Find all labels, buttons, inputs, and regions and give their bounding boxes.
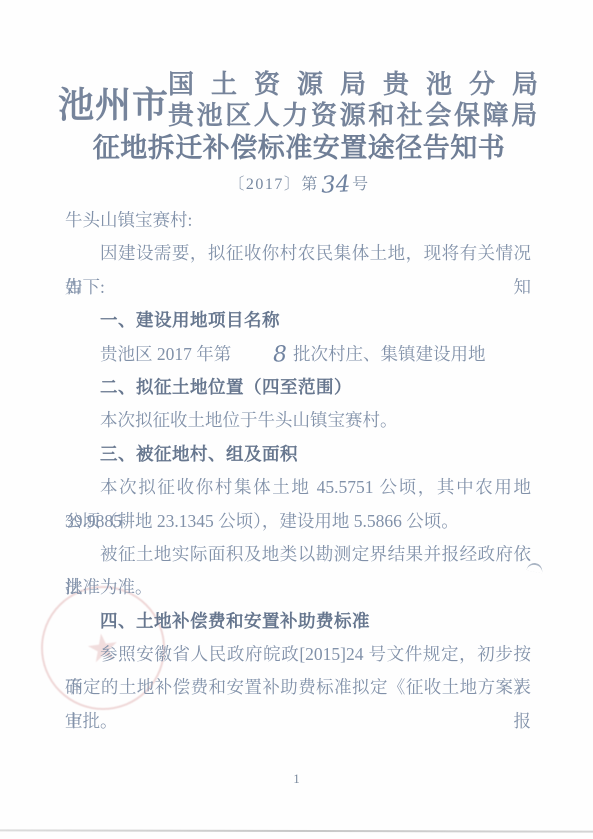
- section-3-heading: 三、被征地村、组及面积: [65, 438, 531, 471]
- document-number-suffix: 号: [352, 176, 370, 193]
- document-number-handwritten: 34: [319, 174, 353, 196]
- org-name-line1: 国土资源局贵池分局: [168, 69, 540, 100]
- org-name-city: 池州市: [58, 86, 169, 124]
- section-1-content: 贵池区 2017 年第 8 批次村庄、集镇建设用地: [65, 338, 531, 371]
- section-3-line-2: 公顷（耕地 23.1345 公顷），建设用地 5.5866 公顷。: [65, 505, 531, 538]
- salutation: 牛头山镇宝赛村:: [65, 204, 531, 237]
- section-3-line-4: 批准为准。: [65, 571, 531, 604]
- section-1-prefix: 贵池区 2017 年第: [100, 344, 231, 364]
- scanned-document-page: { "colors": { "ink_body": "#8191a9", "in…: [0, 0, 593, 839]
- intro-line-1: 因建设需要，拟征收你村农民集体土地，现将有关情况告知: [65, 237, 531, 270]
- document-body: 牛头山镇宝赛村: 因建设需要，拟征收你村农民集体土地，现将有关情况告知 如下: …: [65, 204, 531, 738]
- section-4-heading: 四、土地补偿费和安置补助费标准: [65, 605, 531, 638]
- page-number: 1: [0, 771, 593, 787]
- org-name-block: 国土资源局贵池分局 贵池区人力资源和社会保障局: [168, 69, 540, 131]
- document-title: 征地拆迁补偿标准安置途径告知书: [60, 132, 538, 165]
- document-number-prefix: 〔2017〕第: [228, 176, 319, 193]
- page-bottom-edge-shadow: [0, 829, 593, 832]
- section-3-line-3: 被征土地实际面积及地类以勘测定界结果并报经政府依法: [65, 538, 531, 571]
- section-4-line-1: 参照安徽省人民政府皖政[2015]24 号文件规定，初步按下表: [65, 638, 531, 671]
- handwritten-batch-number: 8: [235, 345, 289, 367]
- section-2-heading: 二、拟征土地位置（四至范围）: [65, 371, 531, 404]
- org-name-line2: 贵池区人力资源和社会保障局: [168, 100, 540, 131]
- section-1-suffix: 批次村庄、集镇建设用地: [293, 344, 486, 364]
- section-3-line-1: 本次拟征收你村集体土地 45.5751 公顷，其中农用地 39.9885: [65, 471, 531, 504]
- section-1-heading: 一、建设用地项目名称: [65, 304, 531, 337]
- section-2-content: 本次拟征收土地位于牛头山镇宝赛村。: [65, 404, 531, 437]
- section-4-line-2: 确定的土地补偿费和安置补助费标准拟定《征收土地方案》上报: [65, 671, 531, 704]
- document-number: 〔2017〕第34号: [60, 170, 538, 200]
